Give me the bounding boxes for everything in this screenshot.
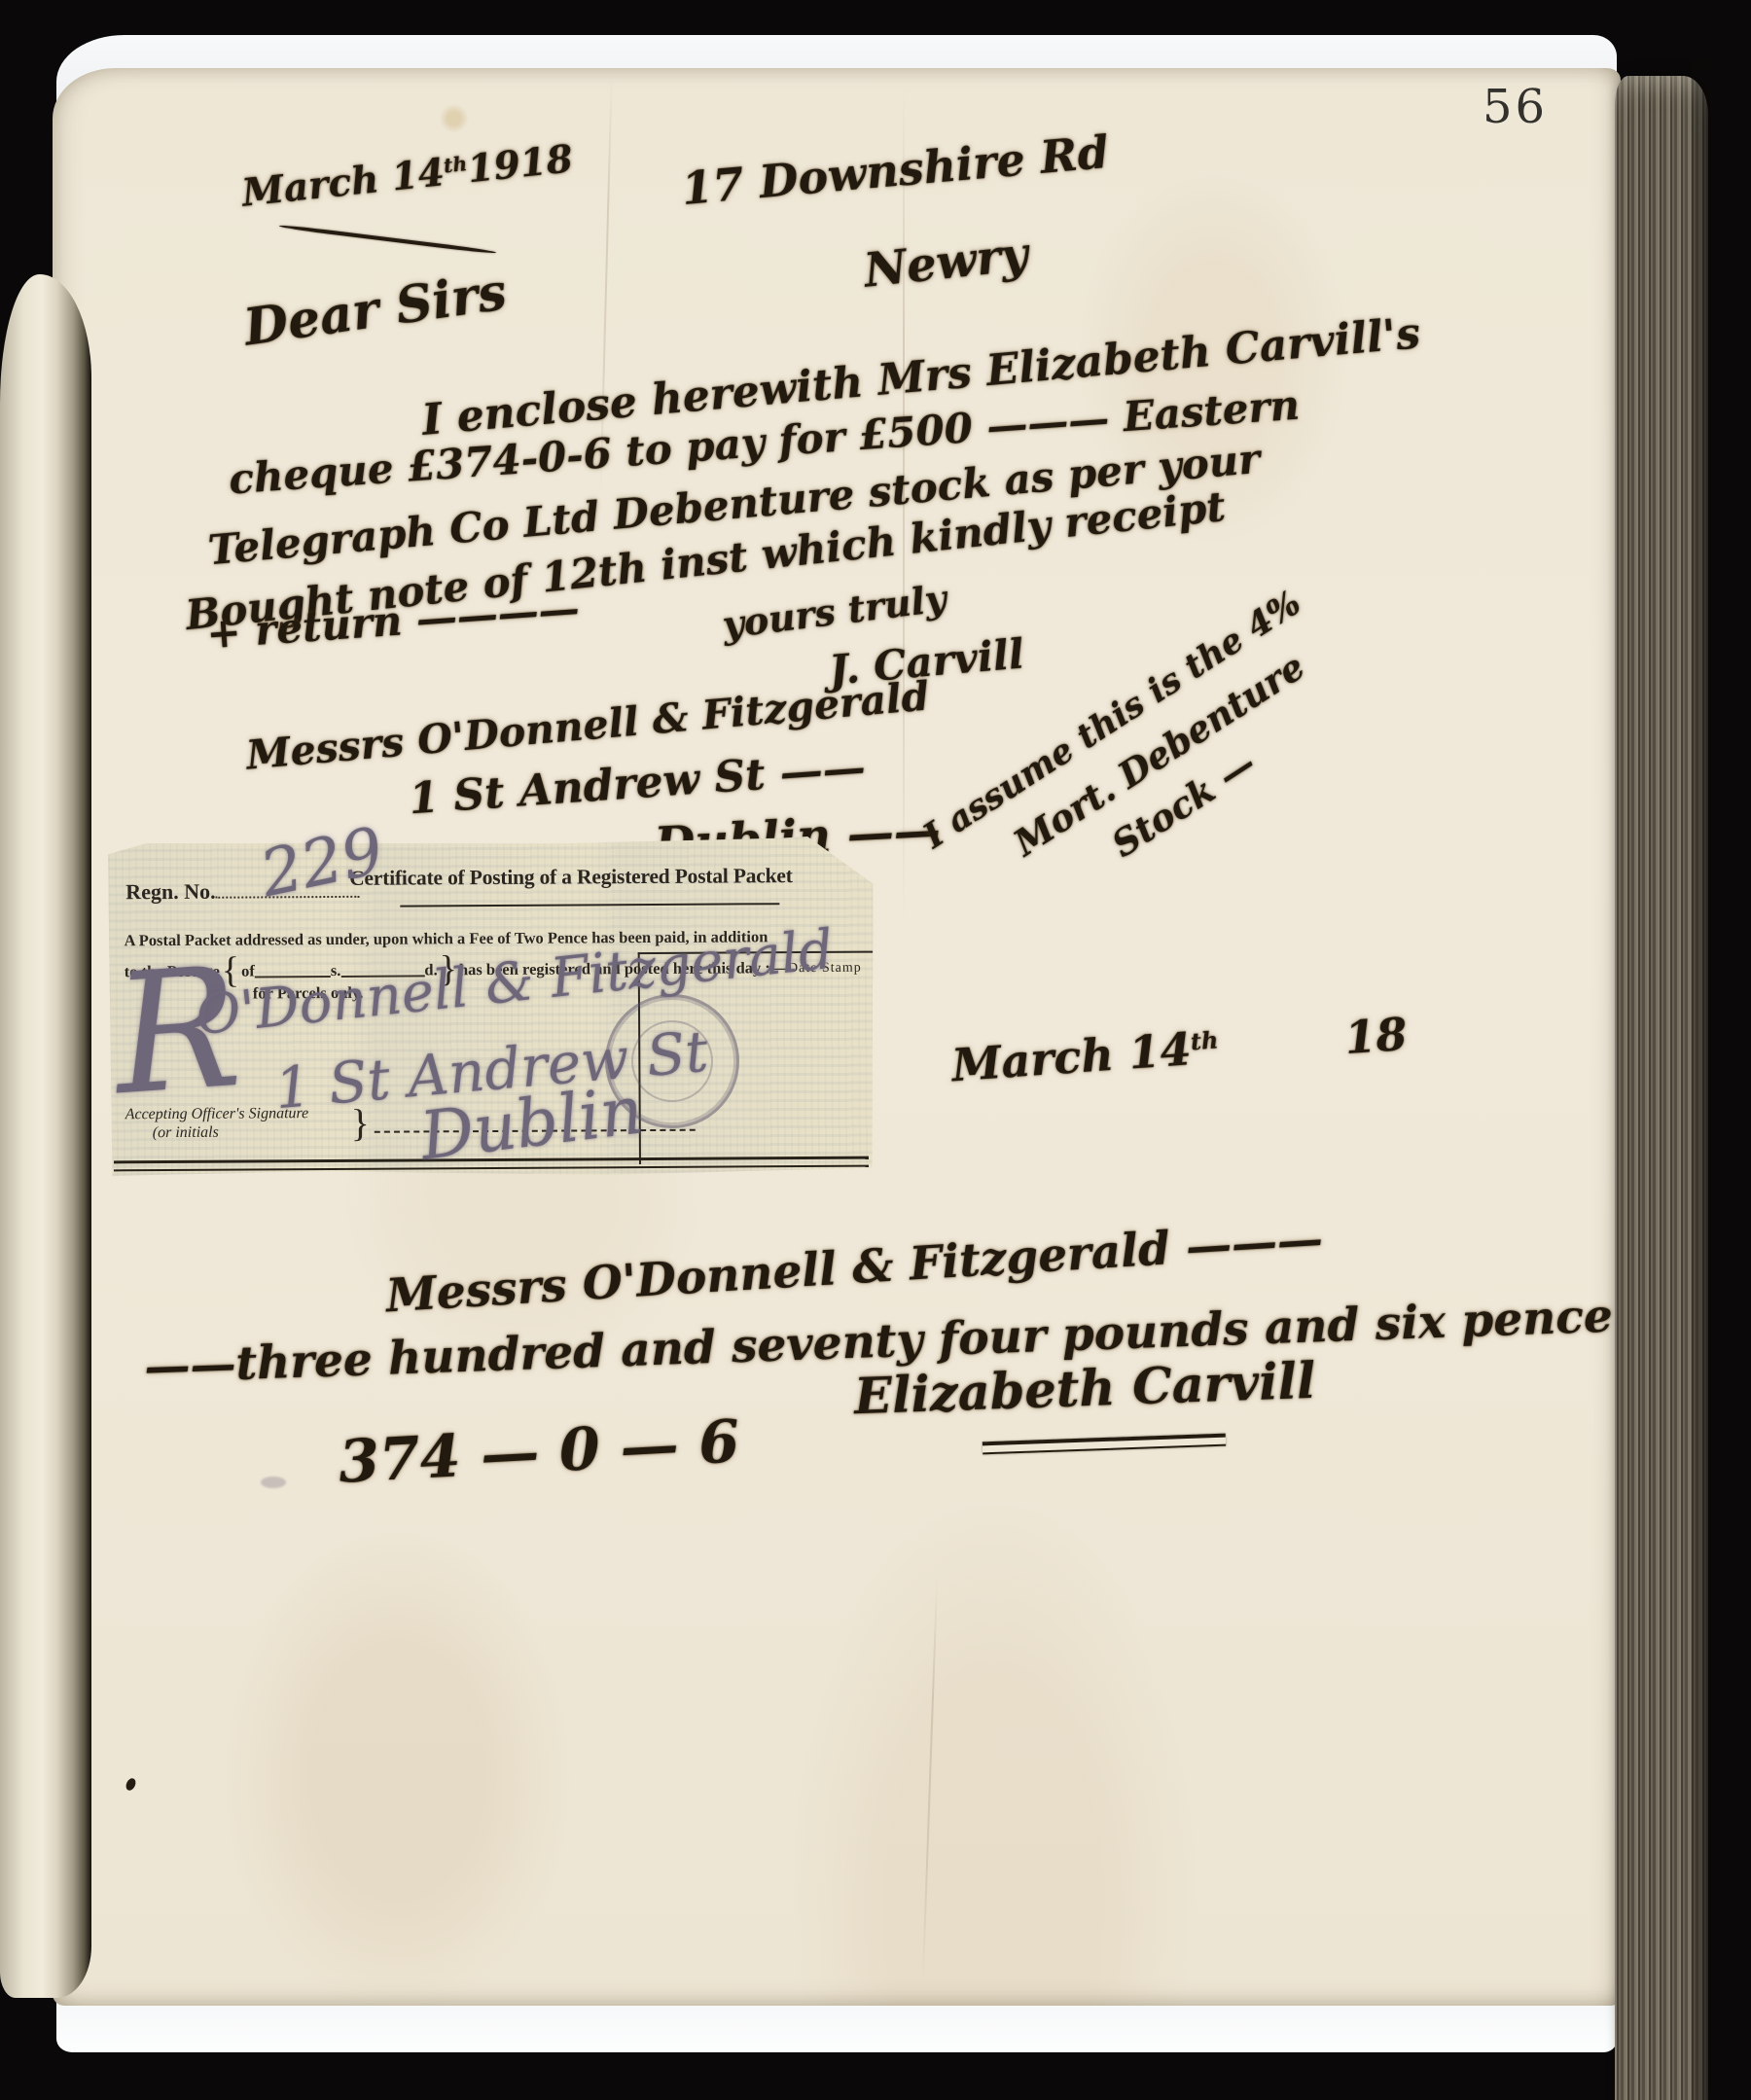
slip-title: Certificate of Posting of a Registered P…: [349, 864, 793, 891]
pencil-smudge: [261, 1477, 286, 1488]
book-scan: 56 March 14th1918 17 Downshire Rd Newry …: [0, 0, 1751, 2100]
regn-no-text: Regn. No.: [125, 879, 215, 905]
amount-lead-dash: ——: [144, 1337, 237, 1394]
left-page-curl: [0, 274, 91, 1998]
cheque-date-suffix: th: [1190, 1026, 1219, 1055]
cheque-date-year: 18: [1343, 1008, 1410, 1064]
letter-date-suffix: th: [443, 152, 468, 177]
page-number: 56: [1483, 80, 1548, 134]
slip-title-rule: [400, 903, 779, 907]
right-edge-shadow: [1691, 58, 1730, 2100]
